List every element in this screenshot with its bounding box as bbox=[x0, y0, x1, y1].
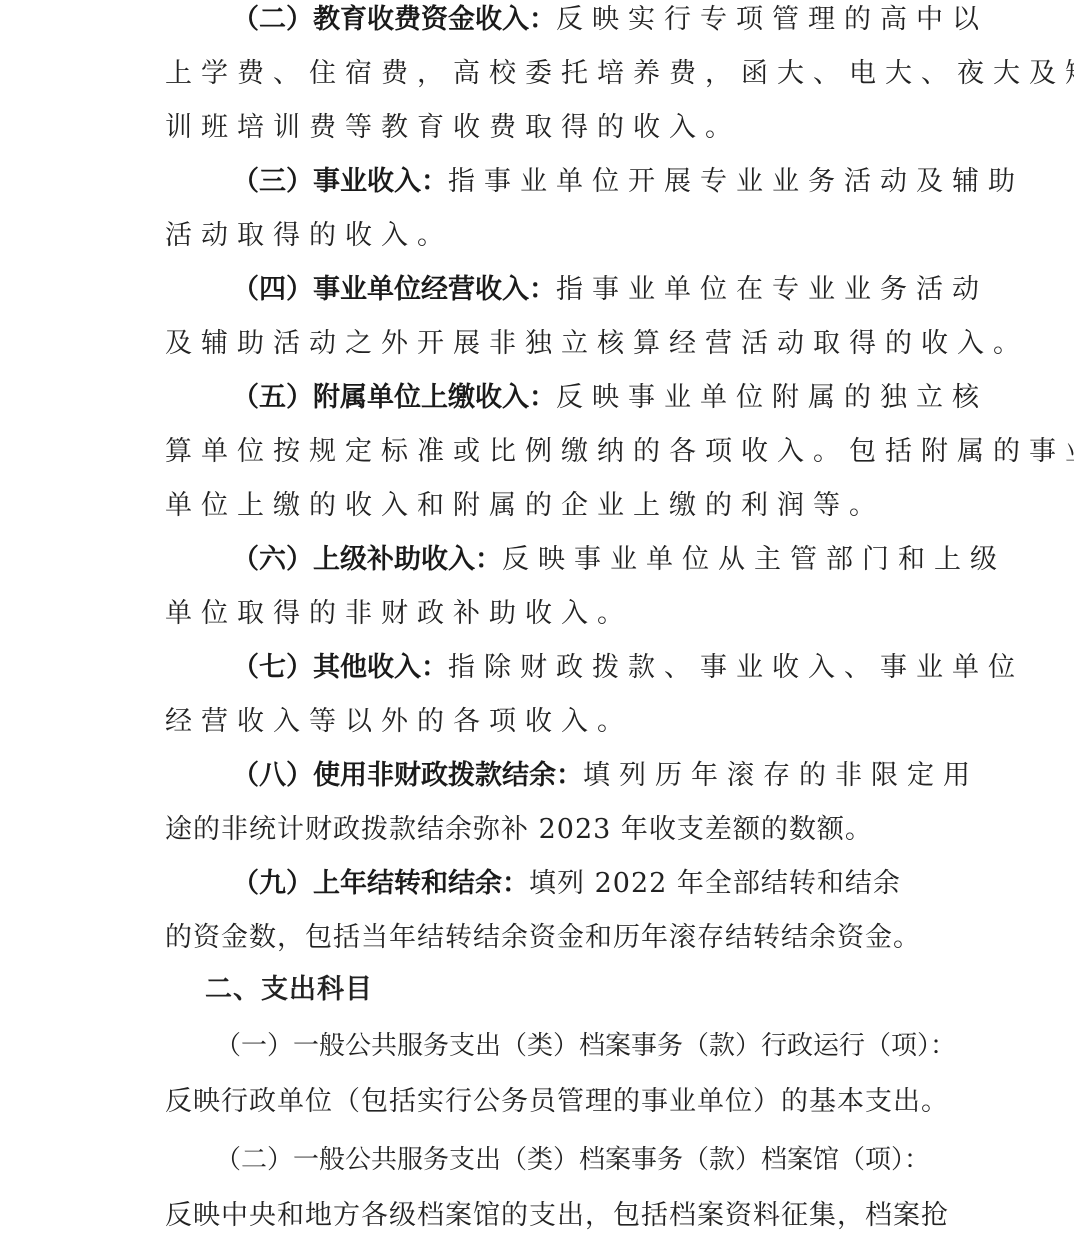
item-text: 填列 2022 年全部结转和结余 bbox=[529, 868, 901, 899]
item-text-line: 上学费、住宿费，高校委托培养费，函大、电大、夜大及短 bbox=[165, 56, 925, 92]
income-item-9-first-line: （九）上年结转和结余：填列 2022 年全部结转和结余 bbox=[232, 866, 992, 902]
item-text-line: 单位取得的非财政补助收入。 bbox=[165, 596, 925, 632]
item-label: （三）事业收入： bbox=[232, 166, 448, 197]
item-text-line: 算单位按规定标准或比例缴纳的各项收入。包括附属的事业 bbox=[165, 434, 925, 470]
income-item-4-first-line: （四）事业单位经营收入：指事业单位在专业业务活动 bbox=[232, 272, 992, 308]
item-text-line: 活动取得的收入。 bbox=[165, 218, 925, 254]
item-text-line: 单位上缴的收入和附属的企业上缴的利润等。 bbox=[165, 488, 925, 524]
item-text-line: 反映行政单位（包括实行公务员管理的事业单位）的基本支出。 bbox=[165, 1084, 945, 1120]
item-label: （五）附属单位上缴收入： bbox=[232, 382, 556, 413]
item-text: 填列历年滚存的非限定用 bbox=[583, 760, 979, 791]
item-text-line: 途的非统计财政拨款结余弥补 2023 年收支差额的数额。 bbox=[165, 812, 925, 848]
item-text-line: 反映中央和地方各级档案馆的支出，包括档案资料征集，档案抢 bbox=[165, 1198, 945, 1234]
item-label: （二）教育收费资金收入： bbox=[232, 4, 556, 35]
item-label: （四）事业单位经营收入： bbox=[232, 274, 556, 305]
item-text-line: 的资金数，包括当年结转结余资金和历年滚存结转结余资金。 bbox=[165, 920, 945, 956]
item-text: 指事业单位开展专业业务活动及辅助 bbox=[448, 166, 1024, 197]
expense-item-2-title: （二）一般公共服务支出（类）档案事务（款）档案馆（项）： bbox=[215, 1142, 975, 1178]
item-label: （八）使用非财政拨款结余： bbox=[232, 760, 583, 791]
item-text: 指除财政拨款、事业收入、事业单位 bbox=[448, 652, 1024, 683]
item-text: 反映事业单位附属的独立核 bbox=[556, 382, 988, 413]
income-item-8-first-line: （八）使用非财政拨款结余：填列历年滚存的非限定用 bbox=[232, 758, 992, 794]
item-text-line: 经营收入等以外的各项收入。 bbox=[165, 704, 925, 740]
expense-item-1-title: （一）一般公共服务支出（类）档案事务（款）行政运行（项）： bbox=[215, 1028, 975, 1064]
item-text: 反映事业单位从主管部门和上级 bbox=[502, 544, 1006, 575]
item-text-line: 及辅助活动之外开展非独立核算经营活动取得的收入。 bbox=[165, 326, 925, 362]
income-item-7-first-line: （七）其他收入：指除财政拨款、事业收入、事业单位 bbox=[232, 650, 992, 686]
item-label: （七）其他收入： bbox=[232, 652, 448, 683]
income-item-6-first-line: （六）上级补助收入：反映事业单位从主管部门和上级 bbox=[232, 542, 992, 578]
income-item-2-first-line: （二）教育收费资金收入：反映实行专项管理的高中以 bbox=[232, 2, 992, 38]
item-text: 指事业单位在专业业务活动 bbox=[556, 274, 988, 305]
section-heading: 二、支出科目 bbox=[205, 972, 965, 1008]
item-text-line: 训班培训费等教育收费取得的收入。 bbox=[165, 110, 925, 146]
item-text: 反映实行专项管理的高中以 bbox=[556, 4, 988, 35]
income-item-3-first-line: （三）事业收入：指事业单位开展专业业务活动及辅助 bbox=[232, 164, 992, 200]
item-label: （六）上级补助收入： bbox=[232, 544, 502, 575]
income-item-5-first-line: （五）附属单位上缴收入：反映事业单位附属的独立核 bbox=[232, 380, 992, 416]
item-label: （九）上年结转和结余： bbox=[232, 868, 529, 899]
